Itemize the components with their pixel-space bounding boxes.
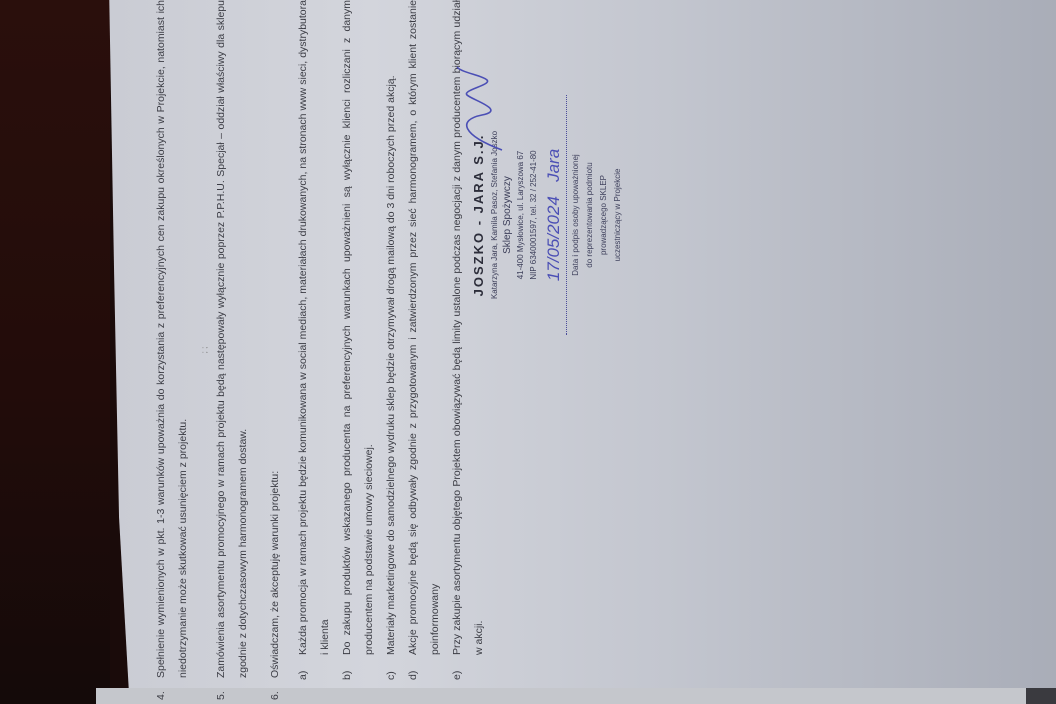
signature-line: 17/05/2024 Jara — [542, 95, 567, 335]
subclause-text: Do zakupu produktów wskazanego producent… — [341, 0, 375, 655]
signature-scribble-icon — [452, 65, 512, 155]
stamp-tax: NIP 6340001597, tel. 32 / 252-41-80 — [527, 65, 540, 365]
clause-number: 4. — [150, 691, 172, 700]
clause-4: 4. Spełnienie wymienionych w pkt. 1-3 wa… — [150, 0, 194, 700]
subclause-letter: c) — [380, 671, 402, 680]
subclause-text: Każda promocja w ramach projektu będzie … — [297, 0, 331, 655]
caption-line-1: Data i podpis osoby upoważnionej — [569, 65, 583, 365]
caption-line-4: uczestniczący w Projekcie — [611, 65, 625, 365]
caption-line-2: do reprezentowania podmiotu — [583, 65, 597, 365]
corner-shadow — [1026, 688, 1056, 704]
document-content: 4. Spełnienie wymienionych w pkt. 1-3 wa… — [150, 0, 670, 700]
subclause-text: Akcje promocyjne będą się odbywały zgodn… — [407, 0, 441, 655]
clause-number: 6. — [264, 691, 286, 700]
clause-6a: a) Każda promocja w ramach projektu będz… — [292, 0, 336, 700]
caption-line-3: prowadzącego SKLEP — [597, 65, 611, 365]
clause-text: Spełnienie wymienionych w pkt. 1-3 warun… — [155, 0, 189, 678]
stamp-address: 41-400 Mysłowice, ul. Laryszowa 67 — [514, 65, 527, 365]
subclause-letter: e) — [446, 671, 468, 680]
clause-text: Zamówienia asortymentu promocyjnego w ra… — [215, 0, 249, 678]
clause-6b: b) Do zakupu produktów wskazanego produc… — [336, 0, 380, 700]
clause-text: Oświadczam, że akceptuję warunki projekt… — [269, 471, 281, 678]
clause-5: 5. Zamówienia asortymentu promocyjnego w… — [210, 0, 254, 700]
subclause-text: Materiały marketingowe do samodzielnego … — [385, 75, 397, 655]
clause-6: 6. Oświadczam, że akceptuję warunki proj… — [264, 0, 286, 700]
company-stamp: JOSZKO - JARA S.J. Katarzyna Jara, Kamil… — [470, 65, 625, 365]
subclause-letter: d) — [402, 671, 424, 680]
clause-6d: d) Akcje promocyjne będą się odbywały zg… — [402, 0, 446, 700]
signature-date: 17/05/2024 — [544, 196, 563, 281]
background-surface — [0, 0, 110, 704]
subclause-letter: a) — [292, 671, 314, 680]
subclause-letter: b) — [336, 671, 358, 680]
signature-name: Jara — [544, 149, 563, 182]
clause-number: 5. — [210, 691, 232, 700]
clause-6c: c) Materiały marketingowe do samodzielne… — [380, 0, 402, 700]
stray-mark: ; ; — [200, 0, 210, 700]
